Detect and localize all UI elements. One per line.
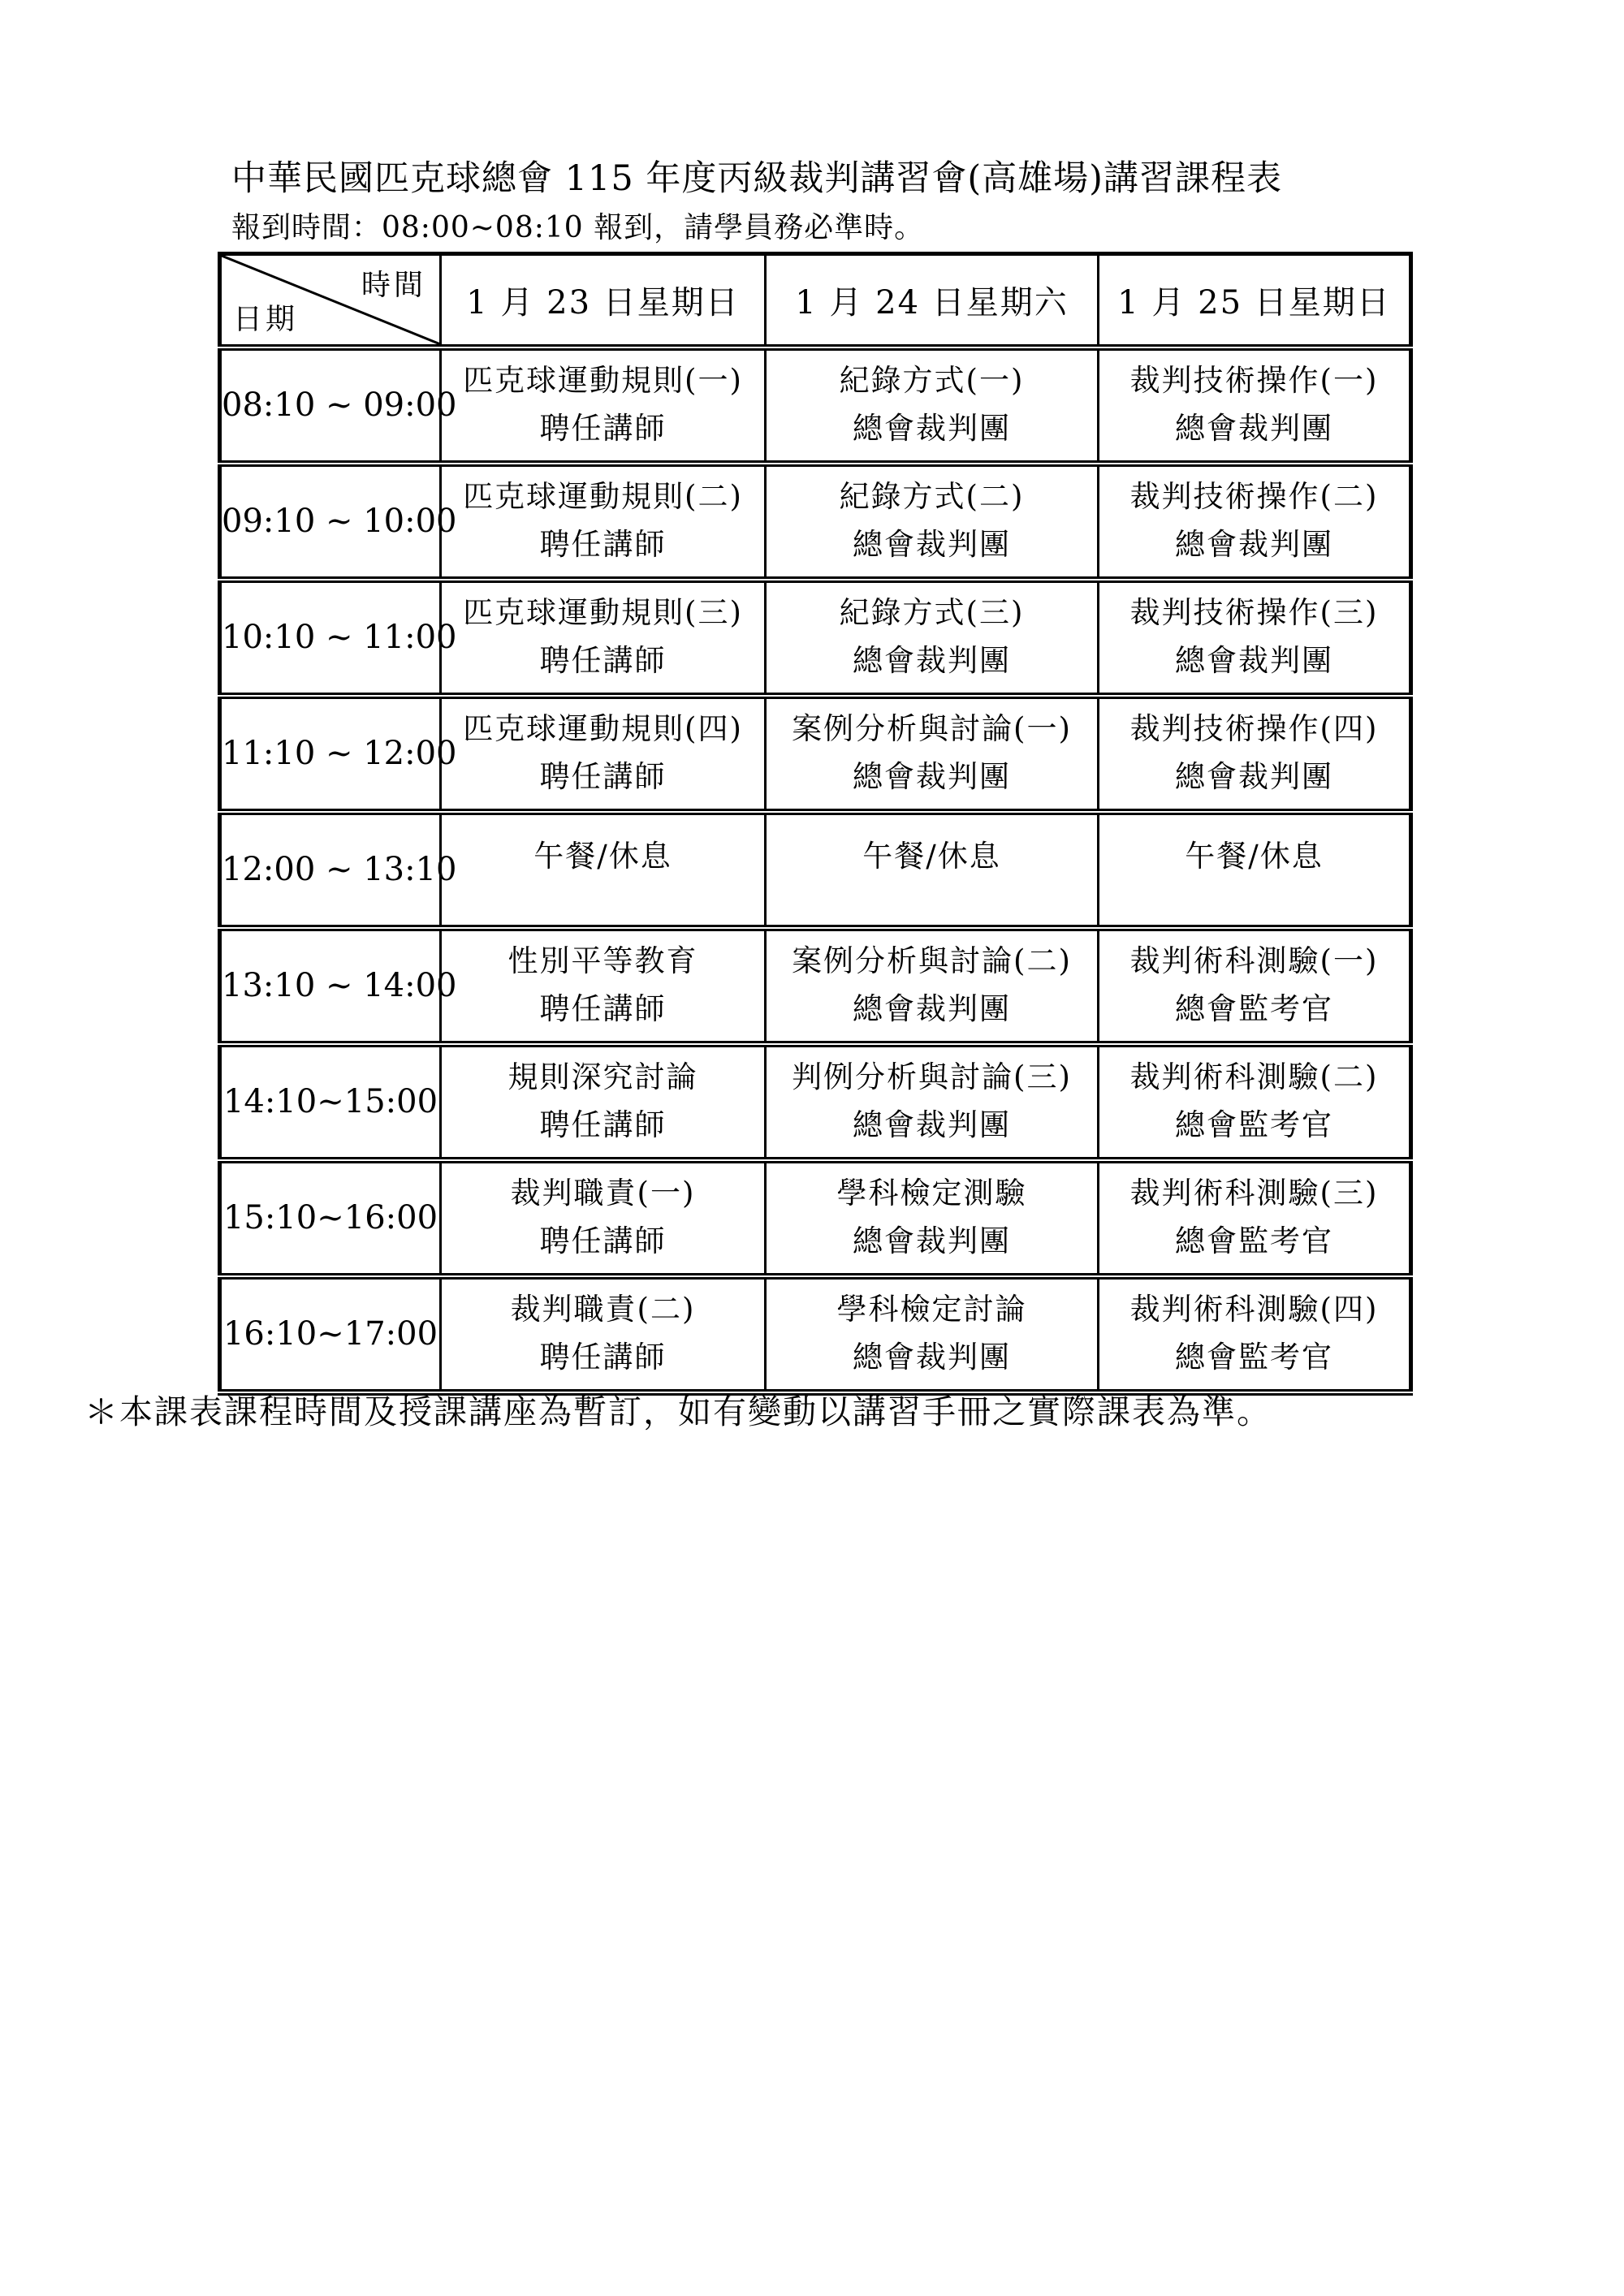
course-instructor: 聘任講師 (540, 529, 667, 562)
corner-label-time: 時間 (361, 262, 426, 304)
course-instructor: 總會監考官 (1175, 1109, 1333, 1142)
course-instructor: 總會裁判團 (1175, 529, 1333, 562)
course-title: 紀錄方式(一) (840, 365, 1025, 398)
course-title: 裁判職責(一) (511, 1177, 696, 1211)
course-title: 匹克球運動規則(三) (463, 597, 743, 630)
time-slot: 12:00 ~ 13:10 (220, 812, 441, 928)
course-cell: 紀錄方式(三)總會裁判團 (766, 580, 1099, 696)
course-title: 紀錄方式(三) (840, 597, 1025, 630)
time-slot: 11:10 ~ 12:00 (220, 696, 441, 812)
schedule-row: 15:10~16:00裁判職責(一)聘任講師學科檢定測驗總會裁判團裁判術科測驗(… (220, 1160, 1411, 1276)
schedule-row: 14:10~15:00規則深究討論聘任講師判例分析與討論(三)總會裁判團裁判術科… (220, 1044, 1411, 1160)
course-title: 判例分析與討論(三) (792, 1061, 1072, 1094)
course-title: 裁判術科測驗(二) (1130, 1061, 1379, 1094)
course-instructor: 總會裁判團 (853, 529, 1011, 562)
course-cell: 裁判術科測驗(一)總會監考官 (1099, 928, 1411, 1044)
schedule-row: 13:10 ~ 14:00性別平等教育聘任講師案例分析與討論(二)總會裁判團裁判… (220, 928, 1411, 1044)
course-cell: 學科檢定測驗總會裁判團 (766, 1160, 1099, 1276)
schedule-table: 時間 日期 1 月 23 日星期日 1 月 24 日星期六 1 月 25 日星期… (218, 252, 1413, 1396)
day-header-2: 1 月 24 日星期六 (766, 254, 1099, 347)
time-slot: 15:10~16:00 (220, 1160, 441, 1276)
course-instructor: 總會監考官 (1175, 1341, 1333, 1375)
course-instructor: 總會監考官 (1175, 1225, 1333, 1258)
course-cell: 匹克球運動規則(一)聘任講師 (441, 347, 766, 464)
corner-label-date: 日期 (233, 296, 298, 338)
course-cell: 裁判術科測驗(三)總會監考官 (1099, 1160, 1411, 1276)
course-instructor: 總會裁判團 (853, 645, 1011, 678)
course-cell: 學科檢定討論總會裁判團 (766, 1276, 1099, 1392)
schedule-page: 中華民國匹克球總會 115 年度丙級裁判講習會(高雄場)講習課程表 報到時間：0… (0, 0, 1624, 2296)
course-title: 裁判技術操作(四) (1130, 713, 1379, 746)
checkin-time-note: 報到時間：08:00~08:10 報到，請學員務必準時。 (231, 205, 924, 246)
course-instructor: 聘任講師 (540, 993, 667, 1026)
course-title: 午餐/休息 (1185, 840, 1323, 874)
course-cell: 匹克球運動規則(四)聘任講師 (441, 696, 766, 812)
course-cell: 性別平等教育聘任講師 (441, 928, 766, 1044)
time-slot: 10:10 ~ 11:00 (220, 580, 441, 696)
course-cell: 午餐/休息 (441, 812, 766, 928)
footnote: ＊本課表課程時間及授課講座為暫訂，如有變動以講習手冊之實際課表為準。 (84, 1385, 1272, 1433)
course-instructor: 總會裁判團 (1175, 645, 1333, 678)
course-instructor: 聘任講師 (540, 1225, 667, 1258)
course-cell: 裁判職責(二)聘任講師 (441, 1276, 766, 1392)
course-instructor: 總會裁判團 (1175, 761, 1333, 794)
course-title: 學科檢定測驗 (837, 1177, 1027, 1211)
course-title: 午餐/休息 (533, 840, 672, 874)
course-title: 午餐/休息 (862, 840, 1000, 874)
time-slot: 09:10 ~ 10:00 (220, 464, 441, 580)
course-title: 紀錄方式(二) (840, 481, 1025, 514)
course-cell: 裁判技術操作(三)總會裁判團 (1099, 580, 1411, 696)
course-title: 規則深究討論 (508, 1061, 698, 1094)
course-cell: 裁判技術操作(四)總會裁判團 (1099, 696, 1411, 812)
course-title: 裁判職責(二) (511, 1293, 696, 1327)
course-title: 裁判術科測驗(四) (1130, 1293, 1379, 1327)
schedule-body: 08:10 ~ 09:00匹克球運動規則(一)聘任講師紀錄方式(一)總會裁判團裁… (220, 347, 1411, 1392)
course-cell: 規則深究討論聘任講師 (441, 1044, 766, 1160)
schedule-row: 09:10 ~ 10:00匹克球運動規則(二)聘任講師紀錄方式(二)總會裁判團裁… (220, 464, 1411, 580)
course-instructor: 總會裁判團 (853, 1109, 1011, 1142)
schedule-row: 12:00 ~ 13:10午餐/休息午餐/休息午餐/休息 (220, 812, 1411, 928)
corner-cell: 時間 日期 (220, 254, 441, 347)
course-instructor: 聘任講師 (540, 1109, 667, 1142)
course-cell: 裁判技術操作(二)總會裁判團 (1099, 464, 1411, 580)
course-cell: 裁判術科測驗(四)總會監考官 (1099, 1276, 1411, 1392)
course-title: 裁判術科測驗(三) (1130, 1177, 1379, 1211)
time-slot: 08:10 ~ 09:00 (220, 347, 441, 464)
course-title: 裁判技術操作(三) (1130, 597, 1379, 630)
course-instructor: 聘任講師 (540, 761, 667, 794)
schedule-row: 08:10 ~ 09:00匹克球運動規則(一)聘任講師紀錄方式(一)總會裁判團裁… (220, 347, 1411, 464)
course-instructor: 總會監考官 (1175, 993, 1333, 1026)
time-slot: 14:10~15:00 (220, 1044, 441, 1160)
day-header-3: 1 月 25 日星期日 (1099, 254, 1411, 347)
time-slot: 16:10~17:00 (220, 1276, 441, 1392)
course-cell: 裁判職責(一)聘任講師 (441, 1160, 766, 1276)
header-row: 時間 日期 1 月 23 日星期日 1 月 24 日星期六 1 月 25 日星期… (220, 254, 1411, 347)
course-title: 匹克球運動規則(一) (463, 365, 743, 398)
course-instructor: 聘任講師 (540, 1341, 667, 1375)
time-slot: 13:10 ~ 14:00 (220, 928, 441, 1044)
schedule-row: 16:10~17:00裁判職責(二)聘任講師學科檢定討論總會裁判團裁判術科測驗(… (220, 1276, 1411, 1392)
course-title: 學科檢定討論 (837, 1293, 1027, 1327)
course-cell: 匹克球運動規則(二)聘任講師 (441, 464, 766, 580)
course-title: 裁判技術操作(二) (1130, 481, 1379, 514)
course-instructor: 總會裁判團 (853, 993, 1011, 1026)
course-cell: 案例分析與討論(一)總會裁判團 (766, 696, 1099, 812)
course-instructor: 聘任講師 (540, 645, 667, 678)
course-cell: 午餐/休息 (1099, 812, 1411, 928)
course-title: 性別平等教育 (508, 945, 698, 978)
course-instructor: 總會裁判團 (853, 761, 1011, 794)
day-header-1: 1 月 23 日星期日 (441, 254, 766, 347)
course-instructor: 總會裁判團 (853, 1341, 1011, 1375)
page-title: 中華民國匹克球總會 115 年度丙級裁判講習會(高雄場)講習課程表 (231, 151, 1282, 201)
course-instructor: 總會裁判團 (1175, 412, 1333, 446)
course-cell: 案例分析與討論(二)總會裁判團 (766, 928, 1099, 1044)
schedule-row: 10:10 ~ 11:00匹克球運動規則(三)聘任講師紀錄方式(三)總會裁判團裁… (220, 580, 1411, 696)
course-instructor: 總會裁判團 (853, 412, 1011, 446)
course-cell: 紀錄方式(一)總會裁判團 (766, 347, 1099, 464)
course-cell: 午餐/休息 (766, 812, 1099, 928)
schedule-row: 11:10 ~ 12:00匹克球運動規則(四)聘任講師案例分析與討論(一)總會裁… (220, 696, 1411, 812)
course-cell: 裁判術科測驗(二)總會監考官 (1099, 1044, 1411, 1160)
course-title: 裁判術科測驗(一) (1130, 945, 1379, 978)
course-title: 案例分析與討論(一) (792, 713, 1072, 746)
course-cell: 裁判技術操作(一)總會裁判團 (1099, 347, 1411, 464)
course-cell: 判例分析與討論(三)總會裁判團 (766, 1044, 1099, 1160)
course-cell: 紀錄方式(二)總會裁判團 (766, 464, 1099, 580)
course-title: 匹克球運動規則(二) (463, 481, 743, 514)
course-title: 案例分析與討論(二) (792, 945, 1072, 978)
course-instructor: 總會裁判團 (853, 1225, 1011, 1258)
course-title: 裁判技術操作(一) (1130, 365, 1379, 398)
course-instructor: 聘任講師 (540, 412, 667, 446)
course-cell: 匹克球運動規則(三)聘任講師 (441, 580, 766, 696)
course-title: 匹克球運動規則(四) (463, 713, 743, 746)
